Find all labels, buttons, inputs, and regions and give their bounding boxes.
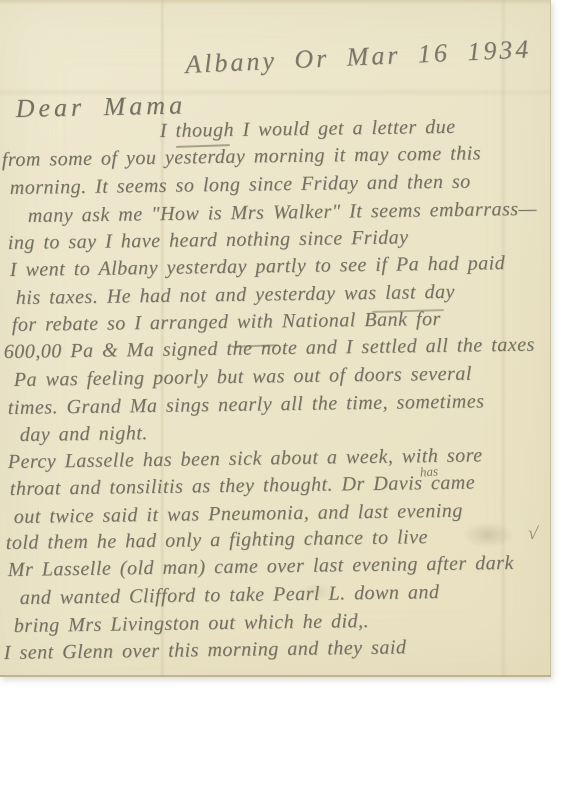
smudge-mark — [300, 583, 334, 601]
letter-line: throat and tonsilitis as they thought. D… — [10, 472, 476, 501]
check-mark: √ — [527, 522, 540, 544]
letter-line: ing to say I have heard nothing since Fr… — [8, 226, 409, 255]
letter-line: his taxes. He had not and yesterday was … — [16, 281, 455, 310]
scan-background: Albany Or Mar 16 1934 Dear Mama I though… — [0, 0, 582, 800]
letter-line: bring Mrs Livingston out which he did,. — [14, 610, 370, 638]
letter-line: out twice said it was Pneumonia, and las… — [14, 500, 463, 529]
letter-line: and wanted Clifford to take Pearl L. dow… — [20, 581, 440, 610]
inserted-word: has — [419, 463, 438, 480]
letter-line: day and night. — [20, 422, 148, 447]
letter-paper: Albany Or Mar 16 1934 Dear Mama I though… — [0, 0, 551, 677]
letter-line: Percy Lasselle has been sick about a wee… — [8, 444, 483, 474]
date-line: Albany Or Mar 16 1934 — [185, 34, 532, 80]
letter-line: 600,00 Pa & Ma signed the note and I set… — [4, 334, 535, 364]
letter-line: times. Grand Ma sings nearly all the tim… — [8, 390, 485, 420]
letter-line: I sent Glenn over this morning and they … — [4, 636, 407, 665]
letter-line: morning. It seems so long since Friday a… — [10, 171, 471, 200]
salutation: Dear Mama — [15, 90, 186, 124]
letter-line: I though I would get a letter due — [160, 116, 456, 143]
letter-line: from some of you yesterday morning it ma… — [2, 142, 482, 172]
letter-line: Mr Lasselle (old man) came over last eve… — [8, 552, 514, 582]
letter-line: Pa was feeling poorly but was out of doo… — [14, 363, 472, 392]
letter-line: told them he had only a fighting chance … — [6, 526, 428, 555]
letter-line: many ask me "How is Mrs Walker" It seems… — [28, 198, 537, 228]
smudge-mark — [462, 522, 514, 548]
letter-line: I went to Albany yesterday partly to see… — [10, 252, 506, 282]
